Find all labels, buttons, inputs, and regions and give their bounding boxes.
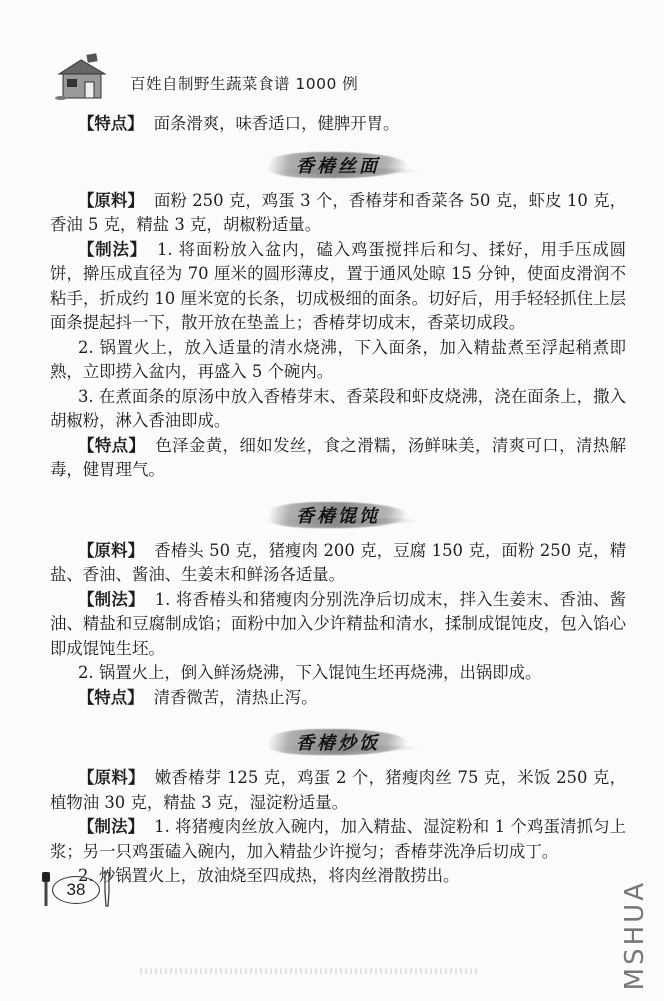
page-footer: 38 [40,870,120,910]
page-header: 百姓自制野生蔬菜食谱 1000 例 [55,52,455,102]
watermark: MSHUA [620,880,650,990]
recipe-method-step: 2. 锅置火上，放入适量的清水烧沸，下入面条，加入精盐煮至浮起稍煮即熟，立即捞入… [50,336,626,385]
method-tag: 【制法】 [78,590,145,609]
features-tag: 【特点】 [78,688,144,707]
page-number: 38 [52,876,100,904]
recipe-ingredients: 【原料】面粉 250 克，鸡蛋 3 个，香椿芽和香菜各 50 克，虾皮 10 克… [50,189,626,238]
page-body: 【特点】面条滑爽，味香适口，健脾开胃。 香椿丝面 【原料】面粉 250 克，鸡蛋… [50,112,626,889]
knife-icon [102,872,112,908]
recipe-ingredients: 【原料】香椿头 50 克，猪瘦肉 200 克，豆腐 150 克，面粉 250 克… [50,539,626,588]
features-text: 面条滑爽，味香适口，健脾开胃。 [154,114,400,133]
ingredients-tag: 【原料】 [78,541,144,560]
recipe-title: 香椿馄饨 [296,502,380,528]
recipe-title: 香椿丝面 [296,152,380,178]
ingredients-tag: 【原料】 [78,191,144,210]
recipe-method-step: 【制法】1. 将猪瘦肉丝放入碗内，加入精盐、湿淀粉和 1 个鸡蛋清抓匀上浆；另一… [50,815,626,864]
fork-icon [40,872,52,908]
recipe-ingredients: 【原料】嫩香椿芽 125 克，鸡蛋 2 个，猪瘦肉丝 75 克，米饭 250 克… [50,766,626,815]
intro-features: 【特点】面条滑爽，味香适口，健脾开胃。 [50,112,626,137]
recipe-title-block: 香椿丝面 [50,143,626,187]
recipe-features: 【特点】色泽金黄，细如发丝，食之滑糯，汤鲜味美，清爽可口，清热解毒，健胃理气。 [50,434,626,483]
recipe-method-step: 2. 炒锅置火上，放油烧至四成热，将肉丝滑散捞出。 [50,864,626,889]
house-icon [55,52,115,100]
recipe-method-step: 【制法】1. 将面粉放入盆内，磕入鸡蛋搅拌后和匀、揉好，用手压成圆饼，擀压成直径… [50,238,626,336]
recipe-title: 香椿炒饭 [296,729,380,755]
recipe-method-step: 【制法】1. 将香椿头和猪瘦肉分别洗净后切成末，拌入生姜末、香油、酱油、精盐和豆… [50,588,626,662]
book-title: 百姓自制野生蔬菜食谱 1000 例 [130,72,358,94]
recipe-title-block: 香椿馄饨 [50,493,626,537]
scan-artifact [140,968,480,974]
recipe-method-step: 3. 在煮面条的原汤中放入香椿芽末、香菜段和虾皮烧沸，浇在面条上，撒入胡椒粉，淋… [50,385,626,434]
recipe-features: 【特点】清香微苦，清热止泻。 [50,686,626,711]
method-tag: 【制法】 [78,817,144,836]
method-tag: 【制法】 [78,240,147,259]
recipe-title-block: 香椿炒饭 [50,720,626,764]
ingredients-tag: 【原料】 [78,768,145,787]
recipe-method-step: 2. 锅置火上，倒入鲜汤烧沸，下入馄饨生坯再烧沸，出锅即成。 [50,661,626,686]
features-tag: 【特点】 [78,436,145,455]
features-text: 清香微苦，清热止泻。 [154,688,318,707]
features-tag: 【特点】 [78,114,144,133]
